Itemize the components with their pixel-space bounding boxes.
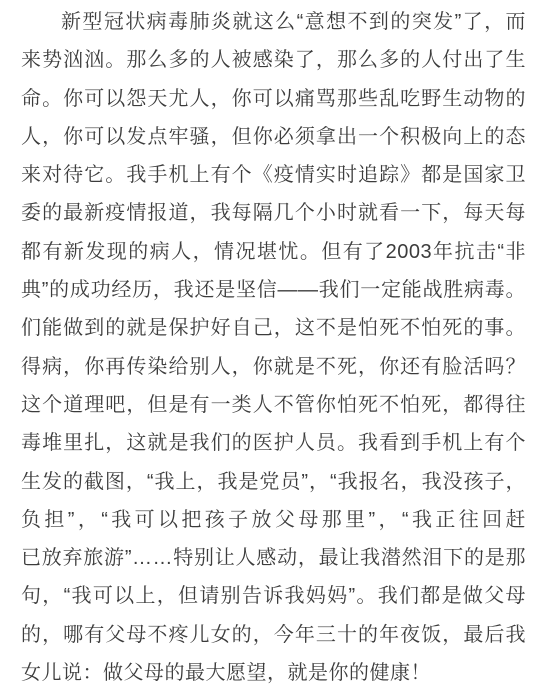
text-line: 命。你可以怨天尤人，你可以痛骂那些乱吃野生动物的 [21,80,526,118]
text-line: 委的最新疫情报道，我每隔几个小时就看一下，每天每时 [21,194,526,232]
text-line: 负担”，“我可以把孩子放父母那里”，“我正往回赶呢”，“我 [21,501,526,539]
article-body: 新型冠状病毒肺炎就这么“意想不到的突发”了，而且 来势汹汹。那么多的人被感染了，… [21,3,526,692]
text-line: 人，你可以发点牢骚，但你必须拿出一个积极向上的态度 [21,118,526,156]
text-line: 毒堆里扎，这就是我们的医护人员。我看到手机上有个医 [21,424,526,462]
text-line: 女儿说：做父母的最大愿望，就是你的健康！ [21,654,526,692]
text-line: 的，哪有父母不疼儿女的，今年三十的年夜饭，最后我对 [21,616,526,654]
text-line: 新型冠状病毒肺炎就这么“意想不到的突发”了，而且 [21,3,526,41]
text-line: 句，“我可以上，但请别告诉我妈妈”。我们都是做父母 [21,577,526,615]
text-line: 来势汹汹。那么多的人被感染了，那么多的人付出了生 [21,41,526,79]
text-line: 们能做到的就是保护好自己，这不是怕死不怕死的事。你 [21,309,526,347]
text-line: 这个道理吧，但是有一类人不管你怕死不怕死，都得往病 [21,386,526,424]
text-line: 都有新发现的病人，情况堪忧。但有了2003年抗击“非 [21,233,526,271]
text-line: 得病，你再传染给别人，你就是不死，你还有脸活吗？是 [21,348,526,386]
document-page: 新型冠状病毒肺炎就这么“意想不到的突发”了，而且 来势汹汹。那么多的人被感染了，… [0,0,550,700]
text-line: 生发的截图，“我上，我是党员”，“我报名，我没孩子，没 [21,463,526,501]
text-line: 来对待它。我手机上有个《疫情实时追踪》都是国家卫健 [21,156,526,194]
text-line: 已放弃旅游”……特别让人感动，最让我潜然泪下的是那 [21,539,526,577]
text-line: 典”的成功经历，我还是坚信——我们一定能战胜病毒。我 [21,271,526,309]
